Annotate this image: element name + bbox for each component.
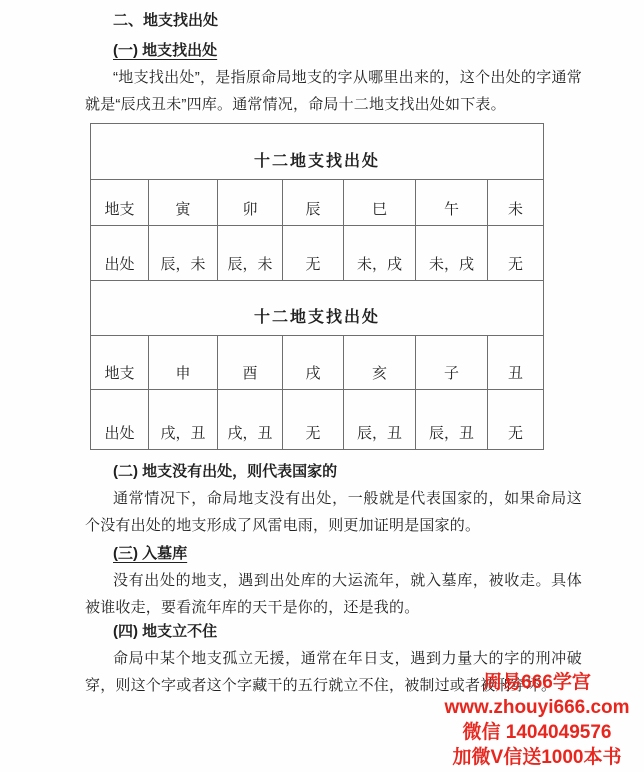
table-branch-row: 地支 申 酉 戌 亥 子 丑 [91, 336, 544, 390]
table-title-row: 十二地支找出处 [91, 281, 544, 336]
table-cell: 申 [149, 336, 218, 390]
table-cell: 巳 [344, 180, 416, 226]
branches-origin-table: 十二地支找出处 地支 寅 卯 辰 巳 午 未 出处 辰，未 辰，未 无 未，戌 … [90, 123, 544, 450]
table-cell: 子 [416, 336, 488, 390]
subsection-heading-3: (三) 入墓库 [113, 543, 582, 565]
table-cell: 亥 [344, 336, 416, 390]
table-cell: 无 [488, 226, 544, 281]
table-title: 十二地支找出处 [91, 281, 544, 336]
table-cell: 无 [488, 390, 544, 450]
paragraph-2: 通常情况下，命局地支没有出处，一般就是代表国家的，如果命局这个没有出处的地支形成… [85, 485, 582, 539]
watermark-line-url: www.zhouyi666.com [436, 695, 638, 720]
table-cell: 未，戌 [416, 226, 488, 281]
row-label: 出处 [91, 390, 149, 450]
table-cell: 戌 [283, 336, 344, 390]
table-title-row: 十二地支找出处 [91, 124, 544, 180]
paragraph-1: “地支找出处”，是指原命局地支的字从哪里出来的，这个出处的字通常就是“辰戌丑未”… [85, 64, 582, 118]
table-cell: 辰，丑 [344, 390, 416, 450]
document-page: 二、地支找出处 (一) 地支找出处 “地支找出处”，是指原命局地支的字从哪里出来… [0, 0, 644, 772]
table-cell: 辰，未 [218, 226, 283, 281]
watermark-line-wechat: 微信 1404049576 [436, 720, 638, 745]
table-cell: 辰，未 [149, 226, 218, 281]
watermark: 周易666学宫 www.zhouyi666.com 微信 1404049576 … [436, 670, 638, 770]
table-cell: 酉 [218, 336, 283, 390]
table-cell: 无 [283, 226, 344, 281]
watermark-line-site-name: 周易666学宫 [436, 670, 638, 695]
table-branch-row: 地支 寅 卯 辰 巳 午 未 [91, 180, 544, 226]
table-cell: 丑 [488, 336, 544, 390]
paragraph-3: 没有出处的地支，遇到出处库的大运流年，就入墓库，被收走。具体被谁收走，要看流年库… [85, 567, 582, 621]
table-cell: 戌，丑 [149, 390, 218, 450]
row-label: 地支 [91, 180, 149, 226]
table-cell: 寅 [149, 180, 218, 226]
table-cell: 辰，丑 [416, 390, 488, 450]
table-origin-row: 出处 辰，未 辰，未 无 未，戌 未，戌 无 [91, 226, 544, 281]
table-cell: 卯 [218, 180, 283, 226]
table-cell: 无 [283, 390, 344, 450]
watermark-line-promo: 加微V信送1000本书 [436, 745, 638, 770]
table-cell: 戌，丑 [218, 390, 283, 450]
subsection-heading-4: (四) 地支立不住 [113, 621, 582, 643]
table-cell: 未 [488, 180, 544, 226]
table-cell: 辰 [283, 180, 344, 226]
table-title: 十二地支找出处 [91, 124, 544, 180]
row-label: 地支 [91, 336, 149, 390]
section-heading-main: 二、地支找出处 [113, 10, 582, 32]
subsection-heading-2: (二) 地支没有出处，则代表国家的 [113, 461, 582, 483]
table-origin-row: 出处 戌，丑 戌，丑 无 辰，丑 辰，丑 无 [91, 390, 544, 450]
row-label: 出处 [91, 226, 149, 281]
table-cell: 未，戌 [344, 226, 416, 281]
subsection-heading-1: (一) 地支找出处 [113, 40, 582, 62]
table-cell: 午 [416, 180, 488, 226]
